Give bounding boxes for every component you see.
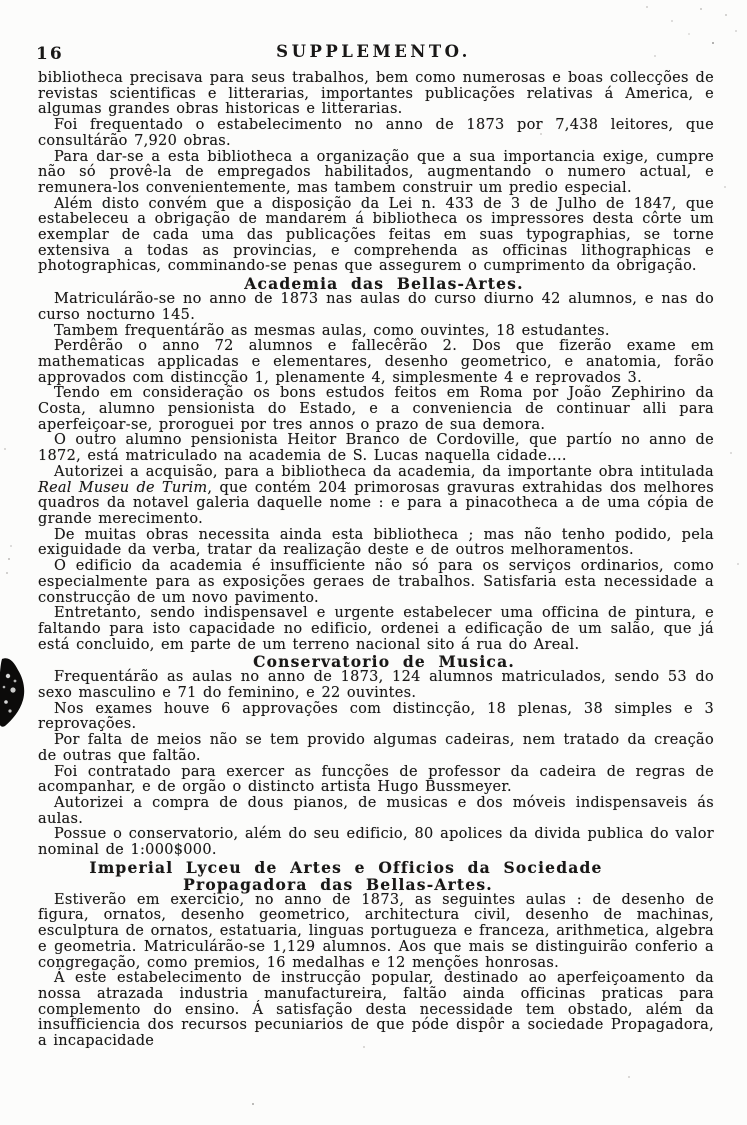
running-title: SUPPLEMENTO. bbox=[0, 42, 747, 61]
paragraph: O outro alumno pensionista Heitor Branco… bbox=[38, 433, 714, 464]
paragraph-text: Autorizei a acquisão, para a bibliotheca… bbox=[54, 464, 714, 480]
paragraph: Entretanto, sendo indispensavel e urgent… bbox=[38, 606, 714, 653]
paragraph: Á este estabelecimento de instrucção pop… bbox=[38, 971, 714, 1050]
scanned-document-page: 16 SUPPLEMENTO. bibliotheca precisava pa… bbox=[0, 0, 747, 1125]
paragraph: O edificio da academia é insufficiente n… bbox=[38, 559, 714, 606]
paragraph: Foi frequentado o estabelecimento no ann… bbox=[38, 118, 714, 149]
paragraph: Frequentárão as aulas no anno de 1873, 1… bbox=[38, 670, 714, 701]
ink-blot-decoration bbox=[0, 656, 29, 730]
paragraph: Tendo em consideração os bons estudos fe… bbox=[38, 386, 714, 433]
body-text: bibliotheca precisava para seus trabalho… bbox=[38, 71, 714, 1050]
paragraph: Além disto convém que a disposição da Le… bbox=[38, 197, 714, 276]
page-header: 16 SUPPLEMENTO. bbox=[0, 42, 747, 64]
paragraph: Estiverão em exercicio, no anno de 1873,… bbox=[38, 893, 714, 972]
scan-noise-specks bbox=[0, 0, 2, 2]
section-heading-lyceu: Imperial Lyceu de Artes e Officios da So… bbox=[38, 859, 638, 893]
paragraph: Foi contratado para exercer as funcções … bbox=[38, 765, 714, 796]
section-heading-academia: Academia das Bellas-Artes. bbox=[38, 275, 714, 292]
paragraph: Para dar-se a esta bibliotheca a organiz… bbox=[38, 150, 714, 197]
paragraph: Nos exames houve 6 approvações com disti… bbox=[38, 702, 714, 733]
paragraph: Por falta de meios não se tem provido al… bbox=[38, 733, 714, 764]
book-title: Real Museu de Turim bbox=[38, 480, 207, 496]
paragraph: De muitas obras necessita ainda esta bib… bbox=[38, 528, 714, 559]
paragraph: Autorizei a acquisão, para a bibliotheca… bbox=[38, 465, 714, 528]
paragraph: bibliotheca precisava para seus trabalho… bbox=[38, 71, 714, 118]
paragraph: Matriculárão-se no anno de 1873 nas aula… bbox=[38, 292, 714, 323]
paragraph: Perdêrão o anno 72 alumnos e fallecêrão … bbox=[38, 339, 714, 386]
paragraph: Possue o conservatorio, além do seu edif… bbox=[38, 827, 714, 858]
paragraph: Tambem frequentárão as mesmas aulas, com… bbox=[38, 324, 714, 340]
paragraph: Autorizei a compra de dous pianos, de mu… bbox=[38, 796, 714, 827]
section-heading-conservatorio: Conservatorio de Musica. bbox=[38, 653, 714, 670]
